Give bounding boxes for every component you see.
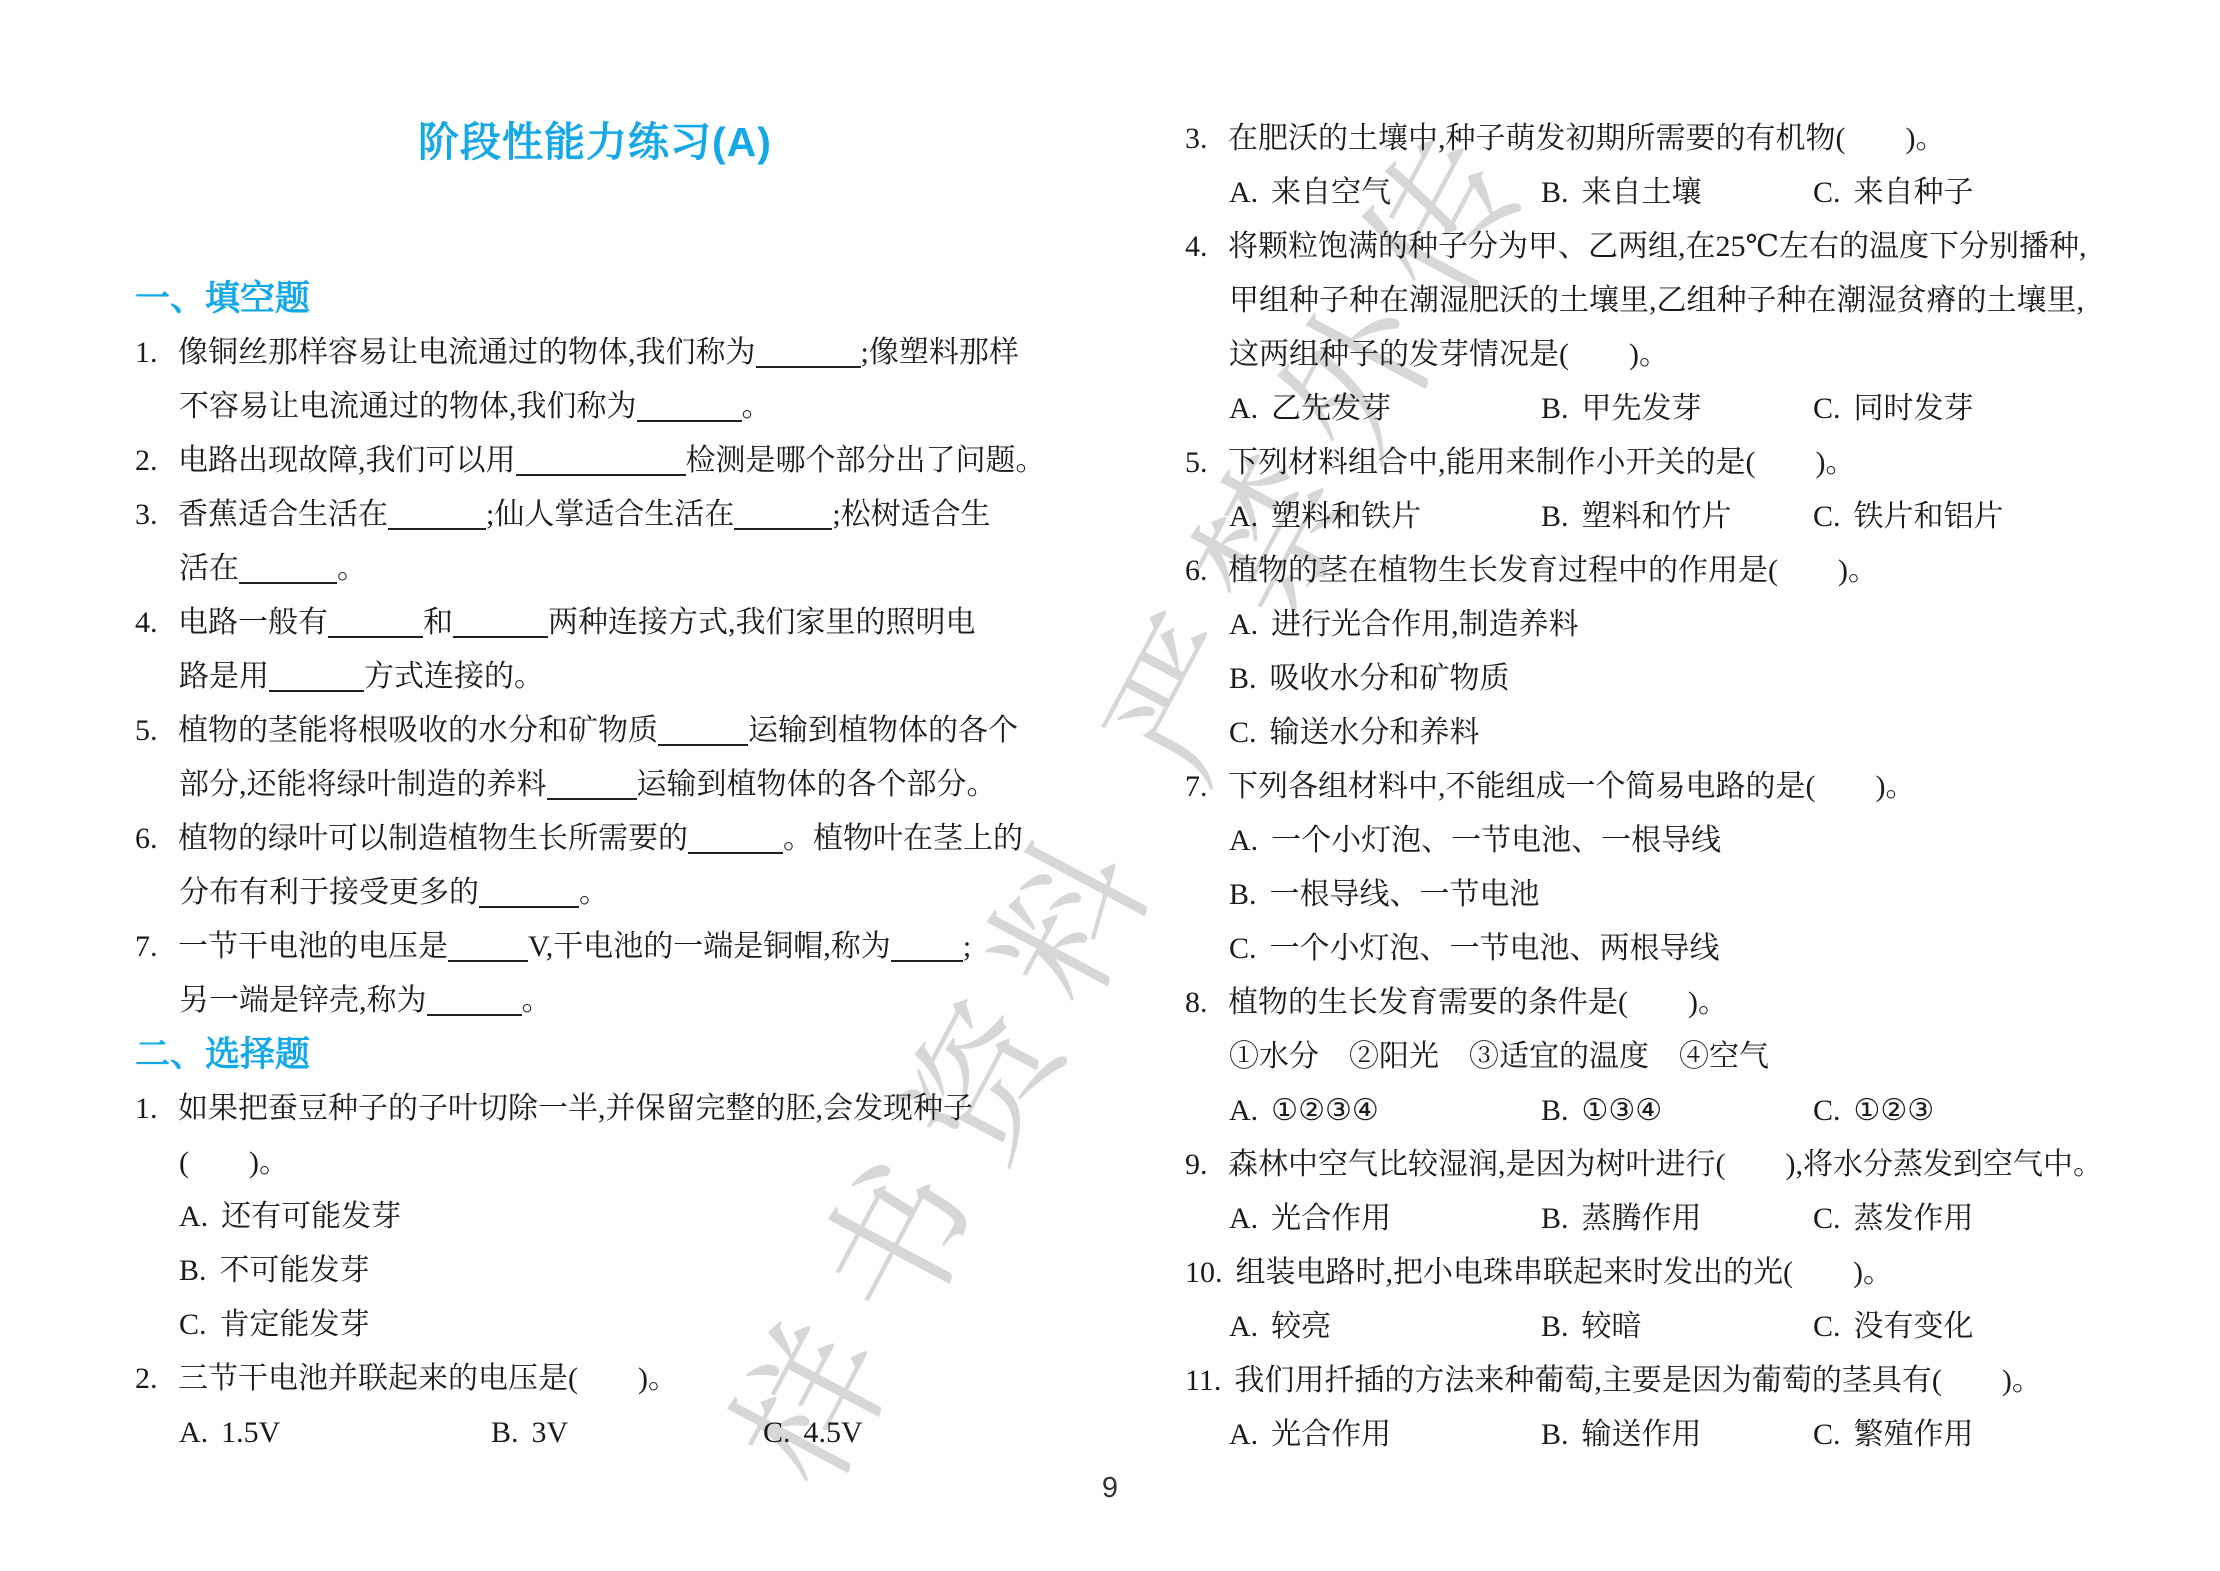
question-number: 10. — [1185, 1246, 1223, 1300]
answer-option: C.肯定能发芽 — [135, 1298, 1055, 1352]
question-number: 3. — [135, 488, 165, 542]
question-line: 1.像铜丝那样容易让电流通过的物体,我们称为;像塑料那样 — [135, 326, 1055, 380]
blank-line — [688, 848, 783, 854]
question-line: 5.下列材料组合中,能用来制作小开关的是( )。 — [1185, 436, 2105, 490]
option-text: 较暗 — [1582, 1310, 1642, 1343]
option-text: 塑料和铁片 — [1271, 500, 1421, 533]
text: 。植物叶在茎上的 — [783, 822, 1023, 855]
answer-option-row: A.塑料和铁片B.塑料和竹片C.铁片和铝片 — [1185, 490, 2105, 544]
text: 下列材料组合中,能用来制作小开关的是( )。 — [1228, 446, 1855, 479]
option-text: ①②③ — [1854, 1094, 1935, 1127]
option-text: 4.5V — [804, 1416, 863, 1449]
option-label: A. — [1229, 500, 1258, 533]
option-label: C. — [1229, 932, 1257, 965]
text: 检测是哪个部分出了问题。 — [686, 444, 1046, 477]
option-text: 来自土壤 — [1582, 176, 1702, 209]
blank-line — [516, 470, 686, 476]
text: ; — [963, 930, 971, 963]
question-line: 1.如果把蚕豆种子的子叶切除一半,并保留完整的胚,会发现种子 — [135, 1082, 1055, 1136]
answer-option: B.3V — [491, 1406, 763, 1460]
text: V,干电池的一端是铜帽,称为 — [528, 930, 891, 963]
option-label: B. — [1541, 500, 1569, 533]
answer-option: B.较暗 — [1541, 1300, 1813, 1354]
question-line: 4.将颗粒饱满的种子分为甲、乙两组,在25℃左右的温度下分别播种, — [1185, 220, 2105, 274]
answer-option: A.来自空气 — [1229, 166, 1541, 220]
text: 和 — [423, 606, 453, 639]
answer-option: C.没有变化 — [1813, 1300, 1974, 1354]
option-text: 塑料和竹片 — [1582, 500, 1732, 533]
option-text: 铁片和铝片 — [1854, 500, 2004, 533]
question-continuation: 分布有利于接受更多的。 — [135, 866, 1055, 920]
question-number: 1. — [135, 1082, 165, 1136]
text: 路是用 — [179, 660, 269, 693]
question-line: 7.一节干电池的电压是V,干电池的一端是铜帽,称为; — [135, 920, 1055, 974]
text: 下列各组材料中,不能组成一个简易电路的是( )。 — [1228, 770, 1915, 803]
question-number: 2. — [135, 1352, 165, 1406]
answer-option-row: A.光合作用B.输送作用C.繁殖作用 — [1185, 1408, 2105, 1462]
text: 。 — [742, 390, 772, 423]
answer-option: B.输送作用 — [1541, 1408, 1813, 1462]
right-column: 3.在肥沃的土壤中,种子萌发初期所需要的有机物( )。A.来自空气B.来自土壤C… — [1185, 112, 2105, 1462]
option-text: 较亮 — [1271, 1310, 1331, 1343]
option-label: C. — [179, 1308, 207, 1341]
option-text: 光合作用 — [1271, 1202, 1391, 1235]
blank-line — [453, 632, 548, 638]
option-text: 蒸发作用 — [1854, 1202, 1974, 1235]
question-number: 6. — [1185, 544, 1215, 598]
option-label: C. — [763, 1416, 791, 1449]
blank-line — [734, 524, 832, 530]
question-number: 8. — [1185, 976, 1215, 1030]
option-text: 蒸腾作用 — [1582, 1202, 1702, 1235]
text: 方式连接的。 — [364, 660, 544, 693]
blank-line — [637, 416, 742, 422]
answer-option: A.1.5V — [179, 1406, 491, 1460]
answer-option: C.铁片和铝片 — [1813, 490, 2004, 544]
left-column: 阶段性能力练习(A) 一、填空题1.像铜丝那样容易让电流通过的物体,我们称为;像… — [135, 112, 1055, 1460]
question-line: 2.电路出现故障,我们可以用检测是哪个部分出了问题。 — [135, 434, 1055, 488]
text: 运输到植物体的各个 — [748, 714, 1018, 747]
blank-line — [388, 524, 486, 530]
blank-line — [479, 902, 579, 908]
option-label: C. — [1813, 1202, 1841, 1235]
option-label: B. — [1541, 1418, 1569, 1451]
blank-line — [239, 578, 337, 584]
blank-line — [427, 1010, 522, 1016]
answer-option-row: A.光合作用B.蒸腾作用C.蒸发作用 — [1185, 1192, 2105, 1246]
text: 森林中空气比较湿润,是因为树叶进行( ),将水分蒸发到空气中。 — [1228, 1148, 2103, 1181]
text: 分布有利于接受更多的 — [179, 876, 479, 909]
question-number: 4. — [1185, 220, 1215, 274]
question-number: 1. — [135, 326, 165, 380]
answer-option-row: A.来自空气B.来自土壤C.来自种子 — [1185, 166, 2105, 220]
question-line: 2.三节干电池并联起来的电压是( )。 — [135, 1352, 1055, 1406]
blank-line — [891, 956, 963, 962]
text: ;松树适合生 — [832, 498, 990, 531]
option-label: B. — [1229, 662, 1257, 695]
question-number: 5. — [1185, 436, 1215, 490]
answer-option: B.甲先发芽 — [1541, 382, 1813, 436]
option-text: 1.5V — [221, 1416, 280, 1449]
question-number: 7. — [1185, 760, 1215, 814]
answer-option-row: A.较亮B.较暗C.没有变化 — [1185, 1300, 2105, 1354]
option-text: 没有变化 — [1854, 1310, 1974, 1343]
text: ①水分 ②阳光 ③适宜的温度 ④空气 — [1229, 1040, 1769, 1073]
answer-option: C.4.5V — [763, 1406, 863, 1460]
text: 甲组种子种在潮湿肥沃的土壤里,乙组种子种在潮湿贫瘠的土壤里, — [1229, 284, 2084, 317]
option-text: 乙先发芽 — [1271, 392, 1391, 425]
question-continuation: 不容易让电流通过的物体,我们称为。 — [135, 380, 1055, 434]
text: 组装电路时,把小电珠串联起来时发出的光( )。 — [1236, 1256, 1893, 1289]
text: 像铜丝那样容易让电流通过的物体,我们称为 — [178, 336, 756, 369]
answer-option-row: A.乙先发芽B.甲先发芽C.同时发芽 — [1185, 382, 2105, 436]
option-text: 3V — [532, 1416, 569, 1449]
section-heading: 一、填空题 — [135, 272, 1055, 326]
text: 运输到植物体的各个部分。 — [637, 768, 997, 801]
question-line: 3.在肥沃的土壤中,种子萌发初期所需要的有机物( )。 — [1185, 112, 2105, 166]
option-text: ①③④ — [1582, 1094, 1663, 1127]
answer-option: B.蒸腾作用 — [1541, 1192, 1813, 1246]
answer-option: A.乙先发芽 — [1229, 382, 1541, 436]
text: 如果把蚕豆种子的子叶切除一半,并保留完整的胚,会发现种子 — [178, 1092, 973, 1125]
answer-option: C.一个小灯泡、一节电池、两根导线 — [1185, 922, 2105, 976]
question-continuation: 另一端是锌壳,称为。 — [135, 974, 1055, 1028]
blank-line — [547, 794, 637, 800]
answer-option: A.光合作用 — [1229, 1192, 1541, 1246]
text: 另一端是锌壳,称为 — [179, 984, 427, 1017]
left-column-lines: 一、填空题1.像铜丝那样容易让电流通过的物体,我们称为;像塑料那样不容易让电流通… — [135, 272, 1055, 1460]
question-line: 11.我们用扦插的方法来种葡萄,主要是因为葡萄的茎具有( )。 — [1185, 1354, 2105, 1408]
option-text: 繁殖作用 — [1854, 1418, 1974, 1451]
question-line: 5.植物的茎能将根吸收的水分和矿物质运输到植物体的各个 — [135, 704, 1055, 758]
question-line: 8.植物的生长发育需要的条件是( )。 — [1185, 976, 2105, 1030]
text: 这两组种子的发芽情况是( )。 — [1229, 338, 1669, 371]
option-label: A. — [1229, 392, 1258, 425]
answer-option: A.①②③④ — [1229, 1084, 1541, 1138]
text: 两种连接方式,我们家里的照明电 — [548, 606, 976, 639]
question-line: 3.香蕉适合生活在;仙人掌适合生活在;松树适合生 — [135, 488, 1055, 542]
question-continuation: 路是用方式连接的。 — [135, 650, 1055, 704]
question-number: 5. — [135, 704, 165, 758]
answer-option: C.①②③ — [1813, 1084, 1934, 1138]
option-label: B. — [1229, 878, 1257, 911]
option-label: A. — [1229, 176, 1258, 209]
option-text: 肯定能发芽 — [220, 1308, 370, 1341]
question-number: 6. — [135, 812, 165, 866]
option-label: C. — [1813, 176, 1841, 209]
option-label: A. — [1229, 1094, 1258, 1127]
section-heading: 二、选择题 — [135, 1028, 1055, 1082]
text: 在肥沃的土壤中,种子萌发初期所需要的有机物( )。 — [1228, 122, 1945, 155]
option-text: ①②③④ — [1271, 1094, 1379, 1127]
option-label: A. — [179, 1200, 208, 1233]
question-number: 7. — [135, 920, 165, 974]
answer-option: A.光合作用 — [1229, 1408, 1541, 1462]
text: 三节干电池并联起来的电压是( )。 — [178, 1362, 678, 1395]
option-text: 光合作用 — [1271, 1418, 1391, 1451]
text: 植物的绿叶可以制造植物生长所需要的 — [178, 822, 688, 855]
option-text: 输送水分和养料 — [1270, 716, 1480, 749]
answer-option-row: A.1.5VB.3VC.4.5V — [135, 1406, 1055, 1460]
answer-option: B.吸收水分和矿物质 — [1185, 652, 2105, 706]
option-text: 进行光合作用,制造养料 — [1271, 608, 1579, 641]
option-label: B. — [1541, 176, 1569, 209]
text: ;仙人掌适合生活在 — [486, 498, 734, 531]
answer-option: B.来自土壤 — [1541, 166, 1813, 220]
text: 我们用扦插的方法来种葡萄,主要是因为葡萄的茎具有( )。 — [1234, 1364, 2041, 1397]
page-title: 阶段性能力练习(A) — [135, 112, 1055, 172]
question-number: 3. — [1185, 112, 1215, 166]
text: 植物的茎能将根吸收的水分和矿物质 — [178, 714, 658, 747]
text: 一节干电池的电压是 — [178, 930, 448, 963]
question-line: 4.电路一般有和两种连接方式,我们家里的照明电 — [135, 596, 1055, 650]
question-continuation: 甲组种子种在潮湿肥沃的土壤里,乙组种子种在潮湿贫瘠的土壤里, — [1185, 274, 2105, 328]
blank-line — [269, 686, 364, 692]
blank-line — [756, 362, 861, 368]
text: 香蕉适合生活在 — [178, 498, 388, 531]
option-text: 不可能发芽 — [220, 1254, 370, 1287]
answer-option-row: A.①②③④B.①③④C.①②③ — [1185, 1084, 2105, 1138]
option-label: B. — [1541, 1202, 1569, 1235]
option-text: 同时发芽 — [1854, 392, 1974, 425]
question-line: 9.森林中空气比较湿润,是因为树叶进行( ),将水分蒸发到空气中。 — [1185, 1138, 2105, 1192]
option-text: 来自种子 — [1854, 176, 1974, 209]
answer-option: B.塑料和竹片 — [1541, 490, 1813, 544]
option-label: A. — [179, 1416, 208, 1449]
question-number: 4. — [135, 596, 165, 650]
text: ( )。 — [179, 1146, 289, 1179]
text: 植物的茎在植物生长发育过程中的作用是( )。 — [1228, 554, 1878, 587]
option-text: 甲先发芽 — [1582, 392, 1702, 425]
question-continuation: 活在。 — [135, 542, 1055, 596]
answer-option: C.来自种子 — [1813, 166, 1974, 220]
text: 将颗粒饱满的种子分为甲、乙两组,在25℃左右的温度下分别播种, — [1228, 230, 2087, 263]
question-line: 6.植物的绿叶可以制造植物生长所需要的。植物叶在茎上的 — [135, 812, 1055, 866]
option-label: A. — [1229, 1310, 1258, 1343]
text: 部分,还能将绿叶制造的养料 — [179, 768, 547, 801]
option-label: C. — [1813, 392, 1841, 425]
answer-option: B.一根导线、一节电池 — [1185, 868, 2105, 922]
text: 电路出现故障,我们可以用 — [178, 444, 516, 477]
option-label: B. — [179, 1254, 207, 1287]
answer-option: C.繁殖作用 — [1813, 1408, 1974, 1462]
option-label: C. — [1813, 1310, 1841, 1343]
question-line: 7.下列各组材料中,不能组成一个简易电路的是( )。 — [1185, 760, 2105, 814]
text: 不容易让电流通过的物体,我们称为 — [179, 390, 637, 423]
option-text: 来自空气 — [1271, 176, 1391, 209]
question-continuation: 部分,还能将绿叶制造的养料运输到植物体的各个部分。 — [135, 758, 1055, 812]
question-number: 11. — [1185, 1354, 1221, 1408]
answer-option: B.①③④ — [1541, 1084, 1813, 1138]
option-label: A. — [1229, 608, 1258, 641]
text: 。 — [522, 984, 552, 1017]
blank-line — [448, 956, 528, 962]
blank-line — [658, 740, 748, 746]
question-continuation: ( )。 — [135, 1136, 1055, 1190]
option-text: 一个小灯泡、一节电池、一根导线 — [1271, 824, 1721, 857]
question-continuation: ①水分 ②阳光 ③适宜的温度 ④空气 — [1185, 1030, 2105, 1084]
option-label: B. — [1541, 1094, 1569, 1127]
option-label: B. — [1541, 392, 1569, 425]
answer-option: A.较亮 — [1229, 1300, 1541, 1354]
answer-option: C.同时发芽 — [1813, 382, 1974, 436]
option-text: 吸收水分和矿物质 — [1270, 662, 1510, 695]
answer-option: A.进行光合作用,制造养料 — [1185, 598, 2105, 652]
text: 电路一般有 — [178, 606, 328, 639]
option-label: C. — [1813, 500, 1841, 533]
worksheet-page: 样书资料 严禁外传 阶段性能力练习(A) 一、填空题1.像铜丝那样容易让电流通过… — [0, 0, 2220, 1571]
option-text: 还有可能发芽 — [221, 1200, 401, 1233]
text: 活在 — [179, 552, 239, 585]
answer-option: A.还有可能发芽 — [135, 1190, 1055, 1244]
answer-option: A.塑料和铁片 — [1229, 490, 1541, 544]
option-text: 一根导线、一节电池 — [1270, 878, 1540, 911]
option-label: A. — [1229, 1418, 1258, 1451]
answer-option: C.蒸发作用 — [1813, 1192, 1974, 1246]
option-label: C. — [1813, 1094, 1841, 1127]
option-label: C. — [1229, 716, 1257, 749]
text: ;像塑料那样 — [861, 336, 1019, 369]
option-label: C. — [1813, 1418, 1841, 1451]
question-number: 9. — [1185, 1138, 1215, 1192]
answer-option: C.输送水分和养料 — [1185, 706, 2105, 760]
option-label: B. — [491, 1416, 519, 1449]
text: 。 — [579, 876, 609, 909]
question-line: 6.植物的茎在植物生长发育过程中的作用是( )。 — [1185, 544, 2105, 598]
option-label: B. — [1541, 1310, 1569, 1343]
option-text: 输送作用 — [1582, 1418, 1702, 1451]
text: 。 — [337, 552, 367, 585]
option-label: A. — [1229, 824, 1258, 857]
option-text: 一个小灯泡、一节电池、两根导线 — [1270, 932, 1720, 965]
option-label: A. — [1229, 1202, 1258, 1235]
answer-option: A.一个小灯泡、一节电池、一根导线 — [1185, 814, 2105, 868]
blank-line — [328, 632, 423, 638]
page-number: 9 — [0, 1472, 2220, 1505]
text: 植物的生长发育需要的条件是( )。 — [1228, 986, 1728, 1019]
answer-option: B.不可能发芽 — [135, 1244, 1055, 1298]
question-line: 10.组装电路时,把小电珠串联起来时发出的光( )。 — [1185, 1246, 2105, 1300]
question-number: 2. — [135, 434, 165, 488]
question-continuation: 这两组种子的发芽情况是( )。 — [1185, 328, 2105, 382]
